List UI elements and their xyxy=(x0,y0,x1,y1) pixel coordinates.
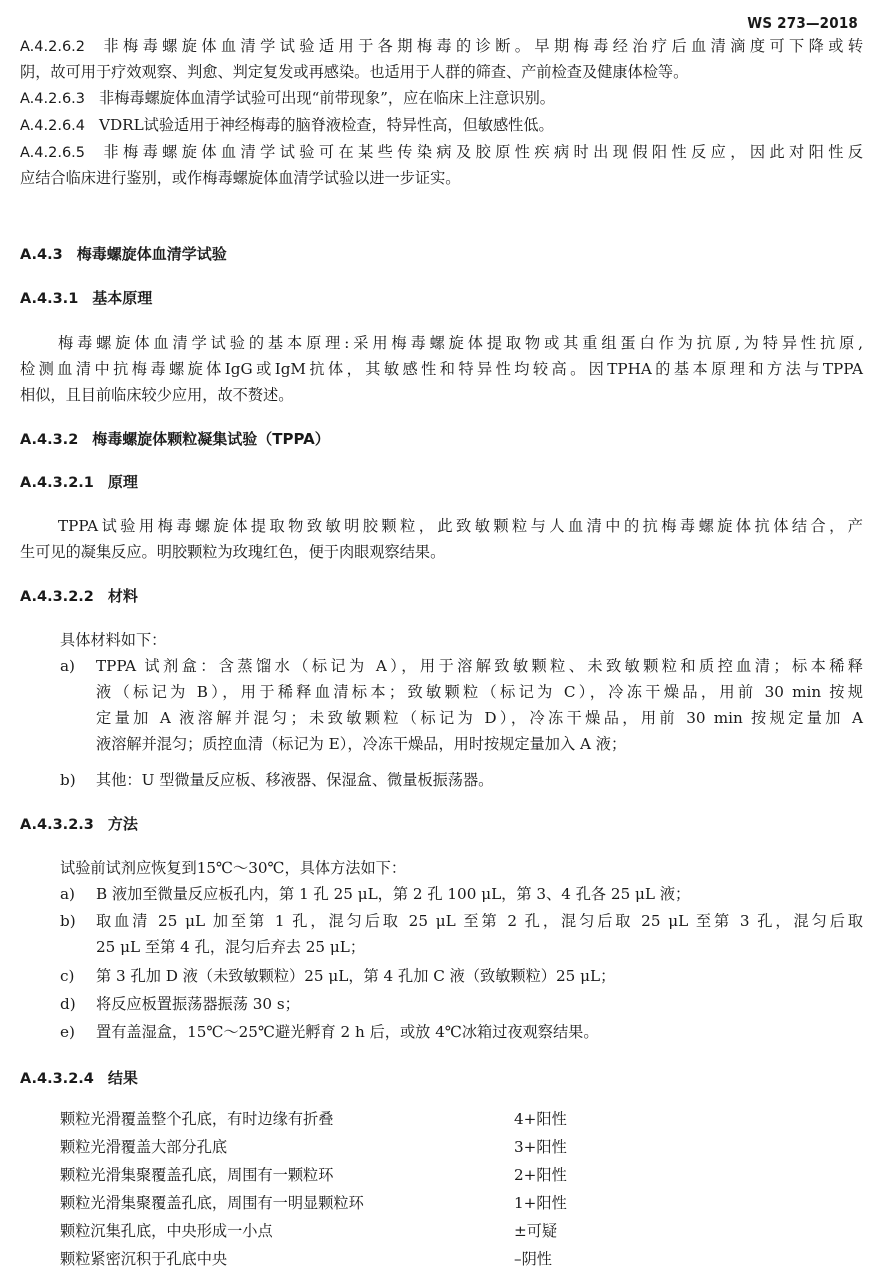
materials-item-a-line1: TPPA 试剂盒：含蒸馏水（标记为 A），用于溶解致敏颗粒、未致敏颗粒和质控血清… xyxy=(96,656,863,676)
clause-a42565-line2: 应结合临床进行鉴别，或作梅毒螺旋体血清学试验以进一步证实。 xyxy=(20,168,863,188)
result-description: 颗粒光滑集聚覆盖孔底，周围有一明显颗粒环 xyxy=(60,1193,364,1213)
materials-item-a-line2: 液（标记为 B），用于稀释血清标本；致敏颗粒（标记为 C），冷冻干燥品，用前 3… xyxy=(96,682,863,702)
list-label-d: d) xyxy=(60,994,76,1014)
section-heading-a4432: A.4.3.2梅毒螺旋体颗粒凝集试验（TPPA） xyxy=(20,429,863,450)
clause-a42562-line2: 阴，故可用于疗效观察、判愈、判定复发或再感染。也适用于人群的筛查、产前检查及健康… xyxy=(20,62,863,82)
section-heading-a44322: A.4.3.2.2材料 xyxy=(20,586,863,607)
materials-item-b: 其他：U 型微量反应板、移液器、保湿盒、微量板振荡器。 xyxy=(96,770,863,790)
method-step-e: 置有盖湿盒，15℃～25℃避光孵育 2 h 后，或放 4℃冰箱过夜观察结果。 xyxy=(96,1022,863,1042)
para-a4431-line3: 相似，且目前临床较少应用，故不赘述。 xyxy=(20,385,863,405)
result-grade: ±可疑 xyxy=(514,1221,557,1241)
para-a44321-line2: 生可见的凝集反应。明胶颗粒为玫瑰红色，便于肉眼观察结果。 xyxy=(20,542,863,562)
list-label-e: e) xyxy=(60,1022,75,1042)
list-label-c: c) xyxy=(60,966,74,986)
clause-a42565-line1: A.4.2.6.5非梅毒螺旋体血清学试验可在某些传染病及胶原性疾病时出现假阳性反… xyxy=(20,142,863,163)
result-grade: 2+阳性 xyxy=(514,1165,567,1185)
method-intro: 试验前试剂应恢复到15℃～30℃，具体方法如下： xyxy=(60,858,863,878)
section-heading-a443: A.4.3梅毒螺旋体血清学试验 xyxy=(20,244,863,265)
materials-item-a-line3: 定量加 A 液溶解并混匀；未致敏颗粒（标记为 D），冷冻干燥品，用前 30 mi… xyxy=(96,708,863,728)
clause-a42564: A.4.2.6.4VDRL试验适用于神经梅毒的脑脊液检查，特异性高，但敏感性低。 xyxy=(20,115,863,136)
section-heading-a44324: A.4.3.2.4结果 xyxy=(20,1068,863,1089)
section-heading-a44323: A.4.3.2.3方法 xyxy=(20,814,863,835)
method-step-d: 将反应板置振荡器振荡 30 s； xyxy=(96,994,863,1014)
section-heading-a44321: A.4.3.2.1原理 xyxy=(20,472,863,493)
result-description: 颗粒光滑覆盖整个孔底，有时边缘有折叠 xyxy=(60,1109,333,1129)
method-step-a: B 液加至微量反应板孔内，第 1 孔 25 μL，第 2 孔 100 μL，第 … xyxy=(96,884,863,904)
list-label-a: a) xyxy=(60,656,75,676)
result-description: 颗粒光滑集聚覆盖孔底，周围有一颗粒环 xyxy=(60,1165,333,1185)
para-a44321-line1: TPPA试验用梅毒螺旋体提取物致敏明胶颗粒，此致敏颗粒与人血清中的抗梅毒螺旋体抗… xyxy=(58,516,863,536)
result-description: 颗粒紧密沉积于孔底中央 xyxy=(60,1249,227,1269)
result-grade: 1+阳性 xyxy=(514,1193,567,1213)
document-id: WS 273—2018 xyxy=(747,14,858,32)
clause-a42563: A.4.2.6.3非梅毒螺旋体血清学试验可出现“前带现象”，应在临床上注意识别。 xyxy=(20,88,863,109)
list-label-b: b) xyxy=(60,911,76,931)
section-heading-a4431: A.4.3.1基本原理 xyxy=(20,288,863,309)
list-label-a: a) xyxy=(60,884,75,904)
clause-a42562-line1: A.4.2.6.2非梅毒螺旋体血清学试验适用于各期梅毒的诊断。早期梅毒经治疗后血… xyxy=(20,36,863,57)
method-step-b-line1: 取血清 25 μL 加至第 1 孔，混匀后取 25 μL 至第 2 孔，混匀后取… xyxy=(96,911,863,931)
para-a4431-line1: 梅毒螺旋体血清学试验的基本原理:采用梅毒螺旋体提取物或其重组蛋白作为抗原,为特异… xyxy=(58,333,863,353)
result-description: 颗粒沉集孔底，中央形成一小点 xyxy=(60,1221,273,1241)
list-label-b: b) xyxy=(60,770,76,790)
result-grade: 4+阳性 xyxy=(514,1109,567,1129)
method-step-b-line2: 25 μL 至第 4 孔，混匀后弃去 25 μL； xyxy=(96,937,863,957)
result-description: 颗粒光滑覆盖大部分孔底 xyxy=(60,1137,227,1157)
result-grade: 3+阳性 xyxy=(514,1137,567,1157)
document-page: WS 273—2018 A.4.2.6.2非梅毒螺旋体血清学试验适用于各期梅毒的… xyxy=(0,0,881,1285)
materials-intro: 具体材料如下： xyxy=(60,630,863,650)
para-a4431-line2: 检测血清中抗梅毒螺旋体IgG或IgM抗体，其敏感性和特异性均较高。因TPHA的基… xyxy=(20,359,863,379)
method-step-c: 第 3 孔加 D 液（未致敏颗粒）25 μL，第 4 孔加 C 液（致敏颗粒）2… xyxy=(96,966,863,986)
materials-item-a-line4: 液溶解并混匀；质控血清（标记为 E），冷冻干燥品，用时按规定量加入 A 液； xyxy=(96,734,863,754)
result-grade: –阴性 xyxy=(514,1249,552,1269)
